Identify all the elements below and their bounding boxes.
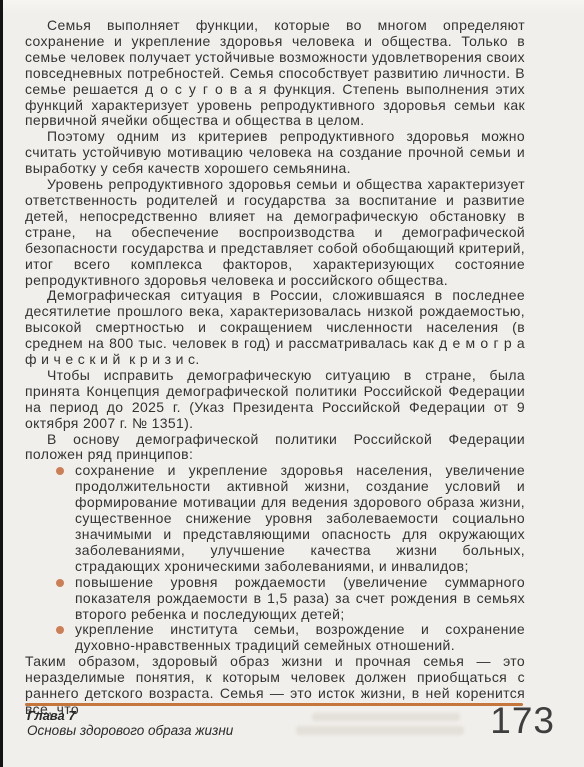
paragraph-principles-intro: В основу демографической политики Россий… xyxy=(25,432,525,464)
page-number: 173 xyxy=(490,702,555,740)
bullet-icon xyxy=(56,467,64,475)
list-item-text: укрепление института семьи, возрождение … xyxy=(75,621,525,653)
bleed-through-text xyxy=(312,713,460,721)
list-item-text: сохранение и укрепление здоровья населен… xyxy=(75,462,525,573)
bullet-icon xyxy=(56,626,64,634)
list-item: укрепление института семьи, возрождение … xyxy=(25,622,525,654)
page-text-block: Семья выполняет функции, которые во мног… xyxy=(25,18,525,718)
chapter-label: Глава 7 xyxy=(27,709,233,723)
footer-rule xyxy=(25,703,523,706)
paragraph-reproductive-criterion: Поэтому одним из критериев репродуктивно… xyxy=(25,129,525,177)
paragraph-health-level: Уровень репродуктивного здоровья семьи и… xyxy=(25,177,525,288)
paragraph-demographic-policy-concept: Чтобы исправить демографическую ситуацию… xyxy=(25,368,525,432)
book-binding-edge xyxy=(0,0,3,767)
list-item-text: повышение уровня рождаемости (увеличение… xyxy=(75,574,525,622)
bleed-through-text xyxy=(296,726,464,735)
principles-list: сохранение и укрепление здоровья населен… xyxy=(25,463,525,654)
paragraph-family-functions: Семья выполняет функции, которые во мног… xyxy=(25,18,525,129)
chapter-title: Основы здорового образа жизни xyxy=(27,723,233,738)
list-item: сохранение и укрепление здоровья населен… xyxy=(25,463,525,574)
list-item: повышение уровня рождаемости (увеличение… xyxy=(25,575,525,623)
footer-chapter-block: Глава 7 Основы здорового образа жизни xyxy=(27,709,233,738)
bullet-icon xyxy=(56,579,64,587)
paragraph-demographic-situation: Демографическая ситуация в России, сложи… xyxy=(25,288,525,368)
